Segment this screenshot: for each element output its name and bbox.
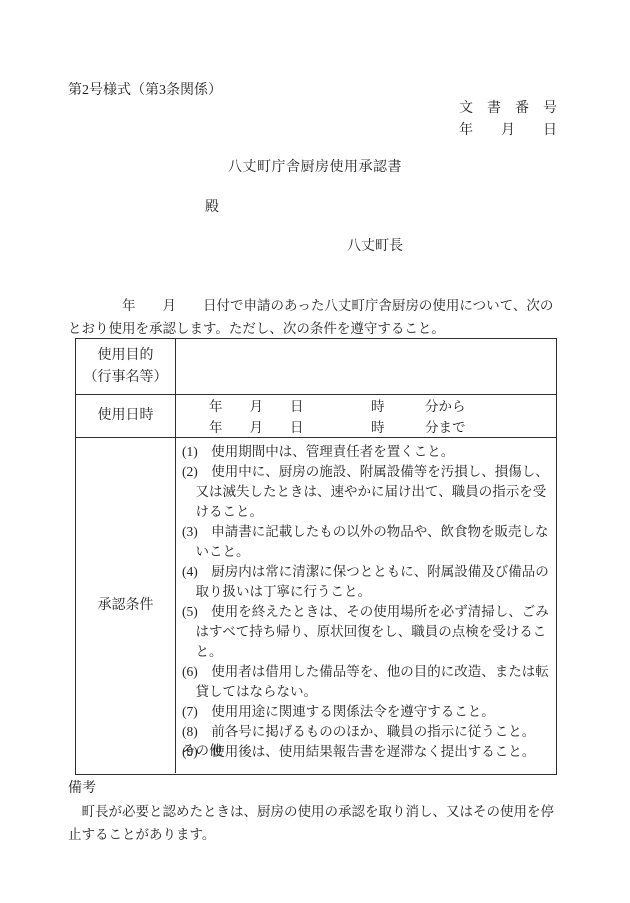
- condition-item: (7) 使用用途に関連する関係法令を遵守すること。: [182, 702, 552, 722]
- datetime-to-line: 年 月 日 時 分まで: [182, 417, 550, 438]
- table-row-purpose: 使用目的 （行事名等）: [76, 339, 556, 395]
- condition-item: (8) 前各号に掲げるもののほか、職員の指示に従うこと。: [182, 722, 552, 742]
- notes-text: 町長が必要と認めたときは、厨房の使用の承認を取り消し、又はその使用を停止すること…: [68, 800, 564, 846]
- datetime-label-cell: 使用日時: [76, 395, 176, 437]
- purpose-value-cell: [176, 339, 556, 394]
- other-label: その他: [182, 741, 223, 761]
- purpose-label-line2: （行事名等）: [84, 367, 168, 389]
- condition-item: (5) 使用を終えたときは、その使用場所を必ず清掃し、ごみはすべて持ち帰り、原状…: [182, 602, 552, 662]
- condition-item: (3) 申請書に記載したもの以外の物品や、飲食物を販売しないこと。: [182, 522, 552, 562]
- datetime-lines: 年 月 日 時 分から 年 月 日 時 分まで: [176, 395, 556, 438]
- addressee-suffix: 殿: [205, 198, 219, 218]
- condition-item: (9) 使用後は、使用結果報告書を遅滞なく提出すること。: [182, 742, 552, 762]
- table-row-datetime: 使用日時 年 月 日 時 分から 年 月 日 時 分まで: [76, 395, 556, 438]
- condition-item: (6) 使用者は借用した備品等を、他の目的に改造、または転貸してはならない。: [182, 662, 552, 702]
- approval-conditions-table: 使用目的 （行事名等） 使用日時 年 月 日 時 分から 年 月 日 時 分まで…: [75, 338, 557, 775]
- datetime-from-line: 年 月 日 時 分から: [182, 396, 550, 417]
- purpose-label-cell: 使用目的 （行事名等）: [76, 339, 176, 394]
- form-number: 第2号様式（第3条関係）: [68, 81, 222, 101]
- condition-item: (4) 厨房内は常に清潔に保つとともに、附属設備及び備品の取り扱いは丁寧に行うこ…: [182, 562, 552, 602]
- purpose-label-line1: 使用目的: [98, 345, 154, 367]
- issuer-name: 八丈町長: [347, 237, 403, 257]
- document-page: 第2号様式（第3条関係） 文 書 番 号 年 月 日 八丈町庁舎厨房使用承認書 …: [0, 0, 630, 903]
- document-title: 八丈町庁舎厨房使用承認書: [0, 158, 630, 178]
- document-date-label: 年 月 日: [459, 120, 557, 142]
- intro-paragraph: 年 月 日付で申請のあった八丈町庁舎厨房の使用について、次のとおり使用を承認しま…: [68, 294, 562, 340]
- condition-item: (1) 使用期間中は、管理責任者を置くこと。: [182, 442, 552, 462]
- conditions-list: (1) 使用期間中は、管理責任者を置くこと。 (2) 使用中に、厨房の施設、附属…: [176, 438, 556, 762]
- document-number-label: 文 書 番 号: [459, 98, 557, 120]
- condition-item: (2) 使用中に、厨房の施設、附属設備等を汚損し、損傷し、又は滅失したときは、速…: [182, 462, 552, 522]
- table-row-conditions: 承認条件 (1) 使用期間中は、管理責任者を置くこと。 (2) 使用中に、厨房の…: [76, 438, 556, 773]
- conditions-label-cell: 承認条件: [76, 438, 176, 773]
- conditions-value-cell: (1) 使用期間中は、管理責任者を置くこと。 (2) 使用中に、厨房の施設、附属…: [176, 438, 556, 773]
- document-number-block: 文 書 番 号 年 月 日: [459, 98, 557, 142]
- datetime-value-cell: 年 月 日 時 分から 年 月 日 時 分まで: [176, 395, 556, 437]
- notes-label: 備考: [68, 779, 96, 799]
